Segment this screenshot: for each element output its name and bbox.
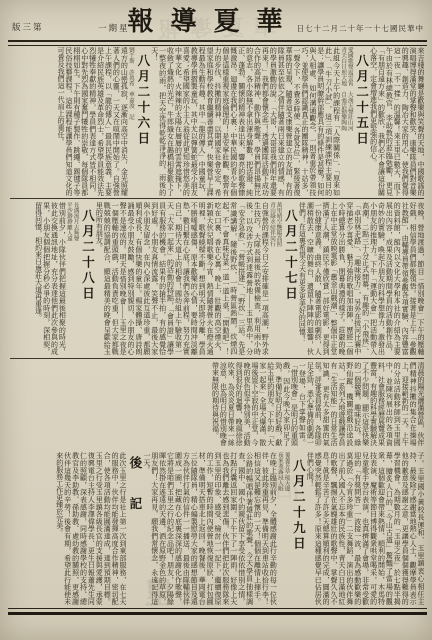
epigraph-line: 愛國歌聲震雲霄 大漢天聲壯山河 (346, 47, 353, 196)
diary-text-night-show: 子。玉里國小黃校長運和、玉里鎮衷心相任主持，最後除了感謝當地熱心人士，觀摩學員表… (305, 452, 424, 605)
postscript-text: 此次玉里之行是社上第一次到東部服務，在七天的服務中，伙伴均能發揮高度合作精神，密… (55, 452, 126, 605)
diary-deck-2: 夜晚，營地渡過，節目「惜別晚會」下午的壓軸好戲，相信學員們都能領悟。接著是上午「… (11, 202, 424, 355)
diary-text-aug-26-cont: 夜晚，營地渡過，節目「惜別晚會」下午的壓軸好戲，相信學員們都能領悟。接著是上午「… (298, 202, 425, 355)
diary-text-aug-28-cont: 清晨的陽光灑滿營區，伙伴們精神抖擻的集合在操場上，迎接嶄新的一天。上午的分站活動… (211, 362, 424, 446)
diary-text-aug-25: 此組今天上午的課程有「人際關係」、「原來如此」、「牛刀小試」，這三項訓練課程主要… (150, 47, 340, 196)
masthead-double-rule (8, 40, 427, 46)
weekday-label: 一期星 (98, 22, 130, 34)
epigraph-line: 長溝流月去無聲 (72, 202, 79, 355)
diary-intro-text: 來吉棧的舞廳是歡樂與笑聲的天地，中國歌謠的演唱博得滿堂的掌聲和歡笑，康樂隊員們對… (369, 47, 424, 196)
diary-text-aug-27: 自強營的課程今日之安排確是一項高潮，野外求生技巧，大隊長最後的裝備檢查，利用兩小… (94, 202, 268, 355)
section-header-aug-29: 八月二十九日 (293, 452, 303, 605)
diary-text-aug-26: 遠方的山巒孤寂，逐漸向高空中消失，金光照耀著人們的心靈，一天又在喧鬧中開始了。自… (56, 47, 127, 196)
diary-text-aug-28: 惜別前夕，小隊伙伴們把握這最後相聚的時光，彼此交換通訊地址，充分表達他們此次參與… (34, 202, 66, 355)
section-header-aug-27: 八月二十七日 (285, 202, 295, 355)
deck-divider-rule-1 (10, 198, 424, 199)
byline-line: 劉千斯 許眞希 華嘉浚 記 (128, 47, 134, 120)
epigraph-aug-25: 愛國歌聲震雲霄 大漢天聲壯山河青天白日照大地 自強活動樂陶陶 (340, 47, 353, 196)
epigraph-line: 平沙渺渺離人遠 (65, 202, 72, 355)
epigraph-line: 青山綠水結伴同行 (268, 202, 275, 355)
epigraph-aug-29: 萋萋芳草接天邊夜來寒露浸人眠 (276, 452, 289, 605)
epigraph-line: 萬里晴空艷陽高照 (275, 202, 282, 355)
newspaper-page: 華夏導報 版三第 一期星 報導夏華 日七十二月二十年一十七國民華中 來吉棧的舞廳… (0, 0, 432, 640)
deck-divider-rule-2 (10, 358, 424, 359)
diary-deck-3b: 子。玉里國小黃校長運和、玉里鎮衷心相任主持，最後除了感謝當地熱心人士，觀摩學員表… (11, 452, 424, 605)
epigraph-aug-28: 長溝流月去無聲平沙渺渺離人遠 (65, 202, 78, 355)
epigraph-line: 夜來寒露浸人眠 (276, 452, 283, 605)
masthead-title: 報導夏華 (128, 1, 300, 38)
diary-deck-1: 來吉棧的舞廳是歡樂與笑聲的天地，中國歌謠的演唱博得滿堂的掌聲和歡笑，康樂隊員們對… (11, 47, 424, 196)
epigraph-line: 萋萋芳草接天邊 (283, 452, 290, 605)
diary-text-aug-29: 在晚上臨別前夕，全體感謝此行辛勤的每一位伙伴，彼此珍重再見，準備明天到車站收拾行… (142, 452, 276, 605)
section-header-postscript: 後 記 (129, 452, 139, 605)
masthead: 版三第 一期星 報導夏華 日七十二月二十年一十七國民華中 (10, 0, 424, 40)
section-header-aug-26: 八月二十六日 (137, 47, 147, 196)
byline-aug-26: 劉千斯 許眞希 華嘉浚 記 (127, 47, 134, 196)
section-header-aug-28: 八月二十八日 (82, 202, 92, 355)
masthead-dateline: 日七十二月二十年一十七國民華中 (297, 23, 425, 34)
bottom-double-rule (8, 608, 427, 615)
epigraph-aug-27: 萬里晴空艷陽高照青山綠水結伴同行 (268, 202, 281, 355)
diary-deck-3a: 清晨的陽光灑滿營區，伙伴們精神抖擻的集合在操場上，迎接嶄新的一天。上午的分站活動… (11, 362, 424, 446)
section-header-aug-25: 八月二十五日 (356, 47, 366, 196)
page-number: 版三第 (12, 21, 44, 33)
